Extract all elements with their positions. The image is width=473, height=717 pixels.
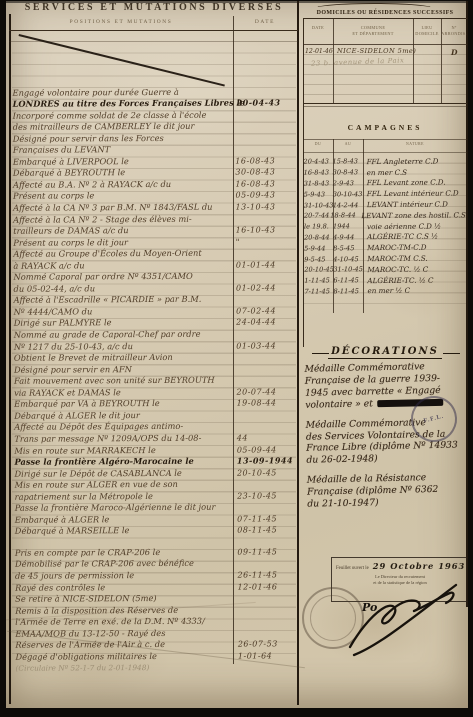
mutation-text: Incorporé comme soldat de 2e classe à l'… [13,109,229,120]
mutation-line: Pris en compte par le CRAP-206 le09-11-4… [15,545,297,558]
mutation-text: LONDRES au titre des Forces Françaises L… [13,98,231,109]
mutation-text: Affecté à la CA Nº 2 - Stage des élèves … [13,213,229,224]
mutation-line: Dirigé sur PALMYRE le24-04-44 [14,315,296,328]
mutation-line: trailleurs de DAMAS a/c du16-10-43 [13,223,295,236]
campagne-to: 4-9-44 [333,233,364,241]
mutation-line: Mis en route sur MARRAKECH le05-09-44 [14,442,296,455]
campagnes-top-rule [303,139,467,140]
document-page: SERVICES ET MUTATIONS DIVERSES POSITIONS… [6,1,468,708]
mutation-date: 07-11-45 [231,514,297,523]
mutation-date: 20-10-45 [231,468,297,477]
mutation-line: Présent au corps le05-09-43 [13,188,295,201]
mutation-line: à RAYACK a/c du01-01-44 [13,257,295,270]
campagne-row: 7-11-458-11-45en mer ½ C [304,285,466,297]
residences-bottom-rule-2 [303,106,467,107]
mutation-line: Embarqué à LIVERPOOL le16-08-43 [13,154,295,167]
campagne-label: en mer C.S [364,167,466,177]
campagne-from: 20-7-44 [304,212,330,220]
mutation-line: de 45 jours de permission le26-11-45 [15,568,297,581]
mutation-date: 16-10-43 [230,225,296,234]
mutation-text: Affecté au Groupe d'Écoles du Moyen-Orie… [13,248,229,259]
campagne-label: voie aérienne C.D ½ [364,221,466,231]
campagne-to: 2-9-43 [333,179,364,187]
mutation-date: 20-04-43 [231,97,295,107]
decoration-item: Médaille de la Résistance Française (dip… [307,472,468,511]
mutation-date: " [230,237,296,246]
mutation-line: Dégagé d'obligations militaires le1-01-6… [15,649,297,662]
campagne-label: LEVANT zone des hostil. C.S [358,210,466,220]
mutation-text: Débarqué à ALGER le dit jour [14,409,230,420]
residences-column-headers: DATE COMMUNE et département LIEU DOMICIL… [303,20,467,44]
signature [342,577,464,661]
mutation-line: du 05-02-44, a/c du01-02-44 [13,281,295,294]
residence-entry-date: 12-01-46 [305,48,333,55]
mutation-text: Dirigé sur PALMYRE le [14,317,230,328]
campagne-to: 30-8-43 [333,168,364,176]
campagne-from: 5-9-43 [304,190,333,198]
column-header-date: DATE [234,19,296,25]
sheet-opened-date: 29 Octobre 1963 [373,561,466,571]
mutation-text: Obtient le Brevet de mitrailleur Avion [14,352,230,363]
mutation-date: 26-11-45 [231,570,297,579]
mutation-date: 05-09-44 [231,445,297,454]
mutation-text: Affecté à l'Escadrille « PICARDIE » par … [14,294,230,305]
mutation-text: Passe la frontière Algéro-Marocaine le [14,456,230,467]
mutation-line: Présent au corps le dit jour" [13,234,295,247]
campagne-to: 8-5-45 [333,244,364,252]
mutation-text: Mis en route sur ALGER en vue de son [15,479,231,490]
mutation-text: Affecté au Dépôt des Équipages antimo- [14,421,230,432]
campagne-label: LEVANT intérieur C.D [364,200,466,210]
mutation-line: Débarqué à MARSEILLE le08-11-45 [15,523,297,536]
mutation-line: Nº 4444/CAMO du07-02-44 [14,304,296,317]
campagnes-column-headers: du au nature [303,142,467,146]
campagne-from: 31-10-43 [304,201,333,209]
mutation-text: Embarqué à ALGER le [15,513,231,524]
campagne-label: FFL Levant zone C.D. [364,178,466,188]
mutation-text: Présent au corps le dit jour [13,236,229,247]
mutation-line: via RAYACK et DAMAS le20-07-44 [14,384,296,397]
campagne-label: FFL Levant intérieur C.D [364,189,466,199]
campagnes-col-nature: nature [363,142,467,146]
mutation-line: Débarqué à BEYROUTH le30-08-43 [13,165,295,178]
mutation-text: via RAYACK et DAMAS le [14,386,230,397]
campagne-from: 7-11-45 [304,287,333,295]
residences-right-border [466,1,468,607]
campagne-to: 14-2-44 [333,201,364,209]
campagne-from: 20-8-44 [304,233,333,241]
campagne-to: 30-10-43 [333,190,364,198]
mutation-line: Dirigé sur le Dépôt de CASABLANCA le20-1… [14,465,296,478]
mutation-date: 05-09-43 [229,191,295,200]
mutation-date: 30-08-43 [229,168,295,177]
campagne-from: 20-10-45 [304,266,333,274]
campagne-label: FFL Angleterre C.D [364,156,466,166]
mutation-line: LONDRES au titre des Forces Françaises L… [13,96,295,109]
campagne-from: 5-9-44 [304,244,333,252]
mutation-line: Rayé des contrôles le12-01-46 [15,579,297,592]
mutation-text: Débarqué à BEYROUTH le [13,167,229,178]
mutation-text: Nommé au grade de Caporal-Chef par ordre [14,329,230,340]
left-table-right-border [297,1,299,705]
mutation-text: du 05-02-44, a/c du [14,282,230,293]
left-table-left-border [9,14,11,704]
sheet-opened-line: Feuillet ouvert le29 Octobre 1963 [336,561,464,571]
mutation-text: Désigné pour servir dans les Forces [13,132,229,143]
campagne-label: MAROC-TC. ½ C [364,264,466,274]
mutation-text: Rayé des contrôles le [15,581,231,592]
mutation-date: 01-03-44 [230,341,296,350]
campagne-label: MAROC-TM C.S. [364,253,466,263]
campagnes-col-au: au [333,142,363,146]
mutation-text: Se retire à NICE-SIDELON (5me) [15,593,231,604]
campagne-from: 20-4-43 [304,158,333,166]
mutation-text: Affecté à la CA Nº 3 par B.M. Nº 1843/FA… [13,202,229,213]
mutation-date: 19-08-44 [231,399,297,408]
campagne-to: 31-10-45 [333,266,364,274]
mutation-date: 44 [231,433,297,442]
mutation-text: trailleurs de DAMAS a/c du [13,225,229,236]
mutation-text: Présent au corps le [13,190,229,201]
mutation-text: Embarqué à LIVERPOOL le [13,155,229,166]
stamp-text: F.F.L. [423,414,445,425]
mutation-text: Démobilisé par le CRAP-206 avec bénéfice [15,558,231,569]
mutation-date: 08-11-45 [231,526,297,535]
decorations-title: DÉCORATIONS [303,346,467,357]
mutation-text: Affecté au B.A. Nº 2 à RAYACK a/c du [13,179,229,190]
campagne-to: 6-11-45 [333,276,364,284]
column-header-positions: POSITIONS ET MUTATIONS [36,19,206,25]
mutation-text: Dirigé sur le Dépôt de CASABLANCA le [14,467,230,478]
mutation-date: 24-04-44 [230,318,296,327]
campagne-label: en mer ½ C [364,286,466,296]
mutation-date: 13-10-43 [230,202,296,211]
mutation-text: Embarqué par VA à BEYROUTH le [14,398,230,409]
mutation-date: 12-01-46 [232,582,298,591]
campagne-from: 31-8-43 [304,179,333,187]
mutation-text: à RAYACK a/c du [13,259,229,270]
mutation-text: Mis en route sur MARRAKECH le [14,444,230,455]
mutation-line: Nº 1217 du 25-10-43, a/c du01-03-44 [14,338,296,351]
mutation-date: 01-02-44 [230,283,296,292]
photo-frame: SERVICES ET MUTATIONS DIVERSES POSITIONS… [0,0,473,717]
mutation-date: 13-09-1944 [231,455,297,465]
residences-col-commune: COMMUNE et département [333,20,413,44]
campagne-to: 4-10-45 [333,255,364,263]
mutation-text: Pris en compte par le CRAP-206 le [15,546,231,557]
mutation-text: Fait mouvement avec son unité sur BEYROU… [14,375,230,386]
mutation-text: Nº 4444/CAMO du [14,306,230,317]
residence-entry-mark: D [451,48,458,57]
residence-entry-commune: NICE-SIDELON 5me) [337,47,416,55]
mutation-date: 09-11-45 [231,547,297,556]
section-title-residences: DOMICILES OU RÉSIDENCES SUCCESSIFS [303,10,467,16]
mutation-date: 16-08-43 [229,179,295,188]
mutation-line: Affecté au B.A. Nº 2 à RAYACK a/c du16-0… [13,177,295,190]
mutation-text: Françaises du LEVANT [13,144,229,155]
mutation-date: 20-07-44 [230,387,296,396]
residences-col-date: DATE [303,20,333,44]
mutation-text: Dégagé d'obligations militaires le [15,650,231,661]
campagne-from: le 19.8. [304,223,333,231]
mutation-text: rapatriement sur la Métropole le [15,490,231,501]
campagne-to: 8-11-45 [333,287,364,295]
mutation-line: rapatriement sur la Métropole le23-10-45 [15,488,297,501]
mutation-date: 26-07-53 [232,640,298,649]
mutation-date: 07-02-44 [230,306,296,315]
mutation-line: Affecté à la CA Nº 3 par B.M. Nº 1843/FA… [13,200,295,213]
campagnes-rows: 20-4-4315-8-43FFL Angleterre C.D16-8-433… [304,155,467,296]
campagne-to: 15-8-43 [333,158,364,166]
campagne-from: 1-11-45 [304,277,333,285]
campagne-label: ALGÉRIE-TC C.S ½ [364,232,466,242]
section-title-services: SERVICES ET MUTATIONS DIVERSES [10,2,298,13]
mutation-text: Désigné pour servir en AFN [14,363,230,374]
left-header-rule [9,30,298,31]
mutation-line: Réserves de l'Armée de l'Air à c. de26-0… [15,637,297,650]
mutation-text: Nommé Caporal par ordre Nº 4351/CAMO [13,271,229,282]
mutation-text: Débarqué à MARSEILLE le [15,525,231,536]
mutations-lines: Engagé volontaire pour durée Guerre àLON… [12,84,297,673]
campagne-to: 18-8-44 [330,212,358,220]
residences-col-lieu: LIEU DOMICILE [413,20,441,44]
campagnes-col-du: du [303,142,333,146]
mutation-line: Trans par message Nº 1209A/OPS du 14-08-… [14,431,296,444]
campagne-to: 1944 [333,222,364,230]
mutation-text: Trans par message Nº 1209A/OPS du 14-08- [14,433,230,444]
mutation-date: 01-01-44 [230,260,296,269]
mutation-text: Nº 1217 du 25-10-43, a/c du [14,340,230,351]
mutation-text: Passe la frontière Maroco-Algérienne le … [15,502,231,513]
campagne-label: ALGÉRIE-TC. ½ C [364,275,466,285]
campagne-from: 16-8-43 [304,169,333,177]
mutation-line: Embarqué par VA à BEYROUTH le19-08-44 [14,396,296,409]
mutation-line: Embarqué à ALGER le07-11-45 [15,511,297,524]
sheet-opened-label: Feuillet ouvert le [336,566,369,571]
mutation-text: (Circulaire Nº 52-1-7 du 2-01-1948) [15,663,231,673]
residences-col-numero: Nº arrondis. [441,20,467,44]
mutation-date: 16-08-43 [229,156,295,165]
campagne-from: 9-5-45 [304,255,333,263]
residences-bottom-rule [303,103,467,104]
mutation-text: Engagé volontaire pour durée Guerre à [12,86,228,97]
mutation-text: de 45 jours de permission le [15,570,231,581]
mutation-date: 23-10-45 [231,491,297,500]
mutation-text: des mitrailleurs de CAMBERLEY le dit jou… [13,121,229,132]
campagnes-title: CAMPAGNES [303,123,467,132]
mutation-line: Passe la frontière Algéro-Marocaine le13… [14,454,296,467]
campagne-label: MAROC-TM-C.D [364,243,466,253]
